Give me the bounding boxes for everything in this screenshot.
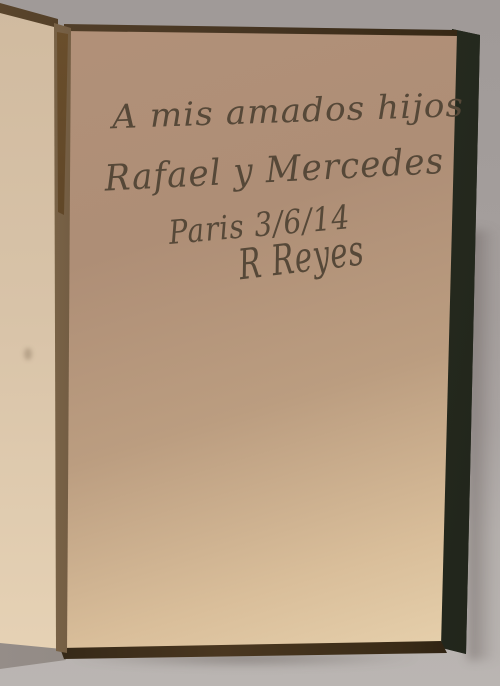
inscription-line-1: A mis amados hijos [108, 85, 464, 136]
handwritten-inscription: A mis amados hijos Rafael y Mercedes Par… [0, 0, 500, 686]
photo-open-book: A mis amados hijos Rafael y Mercedes Par… [0, 0, 500, 686]
inscription-line-2: Rafael y Mercedes [102, 141, 445, 200]
